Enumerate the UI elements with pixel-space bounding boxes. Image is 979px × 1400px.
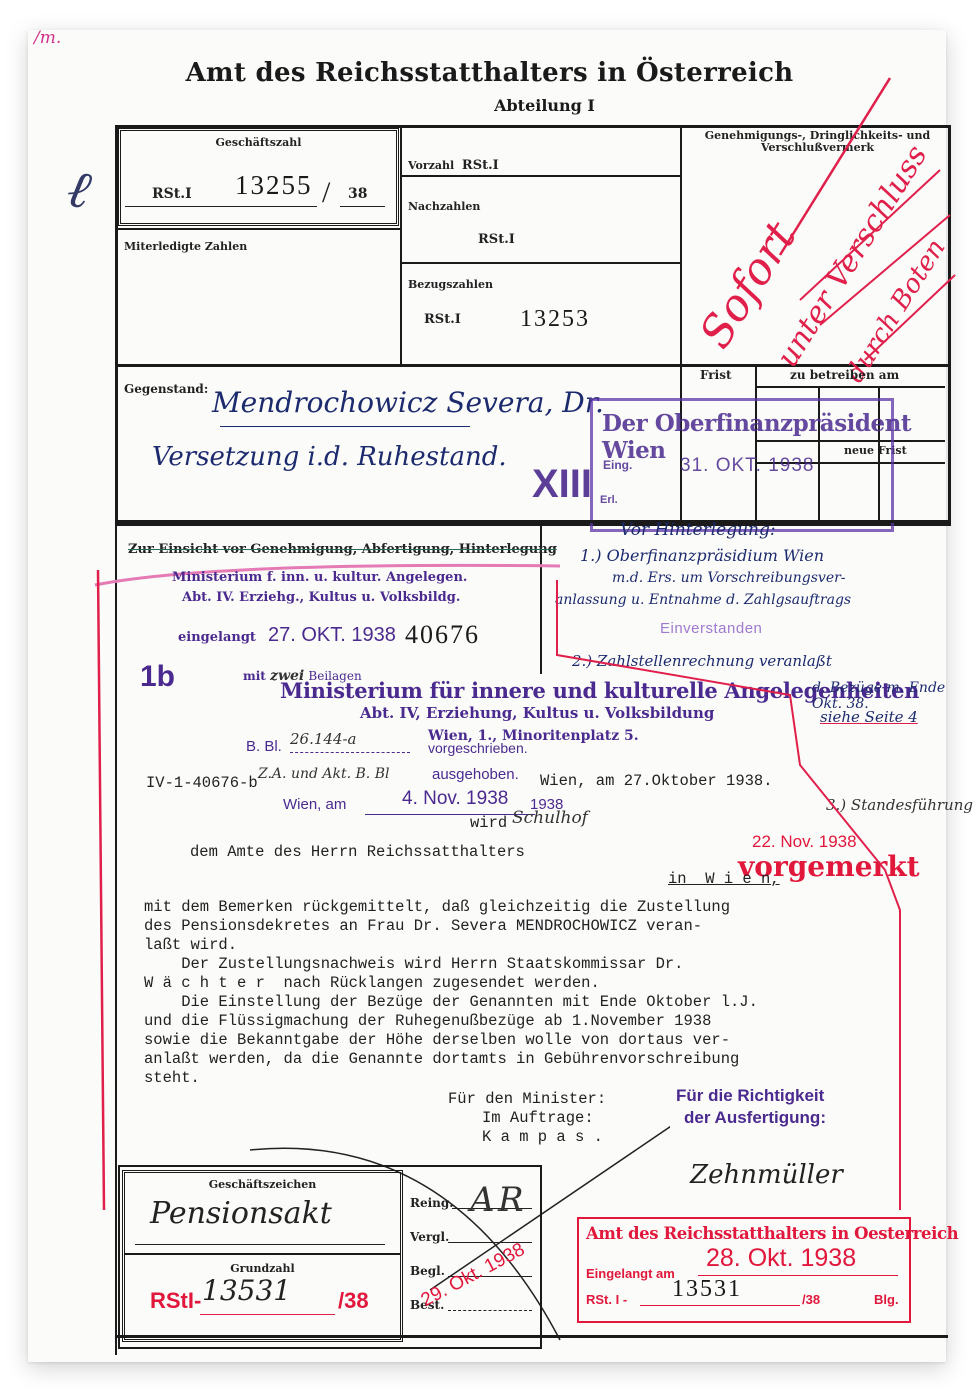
grundzahl-prefix: RStI- [150, 1288, 201, 1314]
receipt-date: 28. Okt. 1938 [706, 1244, 856, 1273]
signature-line1: Für den Minister: [448, 1090, 606, 1109]
receipt-year: /38 [802, 1292, 820, 1307]
geschaeftszahl-label: Geschäftszahl [118, 136, 399, 149]
body-line: W ä c h t e r nach Rücklangen zugesendet… [144, 974, 758, 993]
receipt-stamp-title: Amt des Reichsstatthalters in Oesterreic… [586, 1224, 958, 1243]
geschaeftszeichen-value: Pensionsakt [150, 1196, 332, 1231]
letter-body: mit dem Bemerken rückgemittelt, daß glei… [144, 898, 758, 1088]
gegenstand-name: Mendrochowicz Severa, Dr. [212, 386, 604, 419]
body-line: laßt wird. [144, 936, 758, 955]
bezugszahlen-label: Bezugszahlen [408, 278, 493, 291]
letter-addressee: dem Amte des Herrn Reichssatthalters [190, 843, 525, 862]
miterledigte-label: Miterledigte Zahlen [124, 240, 247, 253]
body-line: Der Zustellungsnachweis wird Herrn Staat… [144, 955, 758, 974]
certification-line1: Für die Richtigkeit [676, 1086, 824, 1106]
oberfinanz-eing-label: Eing. [603, 458, 632, 472]
body-line: Die Einstellung der Bezüge der Genannten… [144, 993, 758, 1012]
notes-heading: Vor Hinterlegung: [620, 520, 776, 540]
grundzahl-year: /38 [338, 1288, 369, 1314]
bezugszahlen-prefix: RSt.I [424, 312, 461, 327]
certification-line2: der Ausfertigung: [684, 1108, 826, 1128]
oberfinanz-date: 31. OKT. 1938 [680, 455, 814, 477]
receipt-eingelangt-label: Eingelangt am [586, 1266, 675, 1281]
geschaeftszahl-prefix: RSt.I [152, 186, 192, 202]
oberfinanz-roman: XIII [532, 462, 592, 507]
receipt-rst-label: RSt. I - [586, 1292, 627, 1307]
red-pen-strokes [700, 60, 960, 390]
initials-mark: A R [470, 1180, 524, 1220]
letter-in-wien: in W i e n, [668, 870, 780, 889]
check-vergl-label: Vergl. [410, 1230, 449, 1244]
gegenstand-subject: Versetzung i.d. Ruhestand. [152, 442, 507, 472]
body-line: und die Flüssigmachung der Ruhegenußbezü… [144, 1012, 758, 1031]
receipt-blg-label: Blg. [874, 1292, 899, 1307]
body-line: steht. [144, 1069, 758, 1088]
nachzahlen-label: Nachzahlen [408, 200, 480, 213]
notes-item1: 1.) Oberfinanzpräsidium Wien [580, 546, 824, 565]
bezugszahlen-number: 13253 [520, 306, 590, 333]
frist-label: Frist [700, 368, 732, 382]
receipt-number: 13531 [672, 1276, 742, 1303]
body-line: mit dem Bemerken rückgemittelt, daß glei… [144, 898, 758, 917]
check-reing-label: Reing. [410, 1196, 453, 1210]
certification-signature: Zehnmüller [690, 1160, 843, 1190]
nachzahlen-value: RSt.I [478, 232, 515, 247]
grundzahl-number: 13531 [202, 1274, 291, 1307]
geschaeftszahl-year: 38 [348, 186, 367, 202]
corner-note: /m. [34, 28, 61, 48]
gegenstand-label: Gegenstand: [124, 382, 208, 396]
geschaeftszeichen-label: Geschäftszeichen [122, 1178, 403, 1191]
vorzahl-value: RSt.I [462, 158, 499, 173]
oberfinanz-erl-label: Erl. [600, 494, 618, 506]
vorzahl-label: Vorzahl [408, 159, 454, 172]
body-line: anlaßt werden, da die Genannte dortamts … [144, 1050, 758, 1069]
check-begl-label: Begl. [410, 1264, 445, 1278]
body-line: sowie die Bekanntgabe der Höhe derselben… [144, 1031, 758, 1050]
geschaeftszahl-number: 13255 [235, 170, 313, 201]
zu-betreiben-label: zu betreiben am [790, 368, 899, 382]
body-line: des Pensionsdekretes an Frau Dr. Severa … [144, 917, 758, 936]
